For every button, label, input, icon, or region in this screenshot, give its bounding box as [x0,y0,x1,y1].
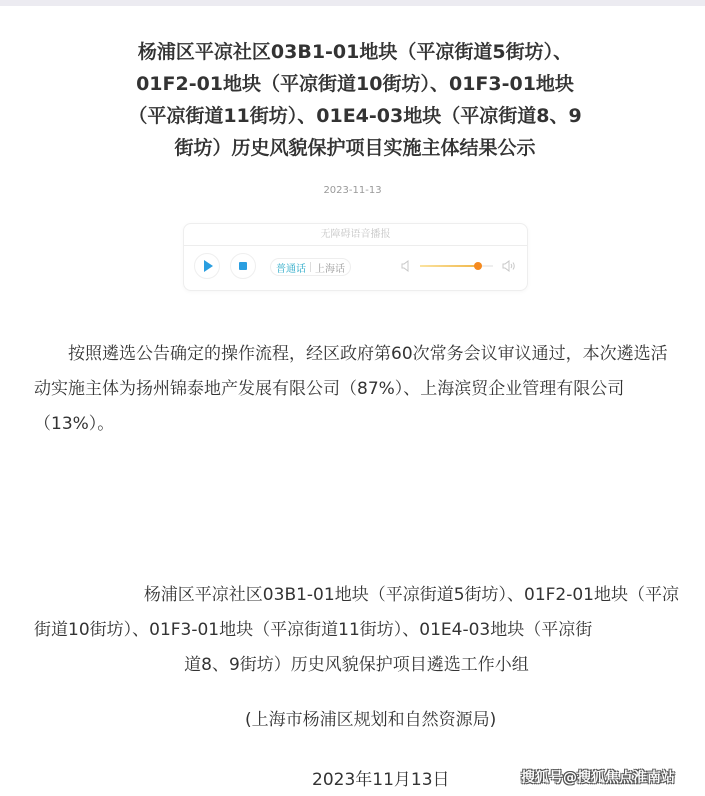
signature-date: 2023年11月13日 [312,765,450,790]
player-header: 无障碍语音播报 [184,224,527,246]
stop-icon [239,262,247,270]
title-line-2: 01F2-01地块（平凉街道10街坊）、01F3-01地块 [90,68,620,100]
signature-line-1: 杨浦区平凉社区03B1-01地块（平凉街道5街坊）、01F2-01地块（平凉 [34,578,679,613]
language-divider [310,262,311,272]
publish-date: 2023-11-13 [0,185,705,196]
player-controls: 普通话 上海话 [184,246,527,290]
play-icon [204,260,213,272]
signature-line-2: 街道10街坊）、01F3-01地块（平凉街道11街坊）、01E4-03地块（平凉… [34,613,679,648]
title-line-3: （平凉街道11街坊）、01E4-03地块（平凉街道8、9 [90,100,620,132]
signature-block: 杨浦区平凉社区03B1-01地块（平凉街道5街坊）、01F2-01地块（平凉 街… [34,578,679,683]
volume-slider-fill [420,265,478,267]
language-option-shanghainese[interactable]: 上海话 [315,260,345,275]
language-option-mandarin[interactable]: 普通话 [276,260,306,275]
top-border-strip [0,0,705,6]
volume-low-icon[interactable] [400,259,412,273]
stop-button[interactable] [230,253,256,279]
play-button[interactable] [194,253,220,279]
audio-player: 无障碍语音播报 普通话 上海话 [183,223,528,291]
body-paragraph: 按照遴选公告确定的操作流程，经区政府第60次常务会议审议通过，本次遴选活动实施主… [34,337,674,442]
language-switch: 普通话 上海话 [270,258,351,276]
title-line-4: 街坊）历史风貌保护项目实施主体结果公示 [90,132,620,164]
volume-high-icon[interactable] [501,259,517,273]
article-title: 杨浦区平凉社区03B1-01地块（平凉街道5街坊）、 01F2-01地块（平凉街… [90,36,620,164]
volume-slider[interactable] [420,265,493,267]
signature-line-3: 道8、9街坊）历史风貌保护项目遴选工作小组 [34,648,679,683]
watermark: 搜狐号@搜狐焦点淮南站 [521,767,675,787]
title-line-1: 杨浦区平凉社区03B1-01地块（平凉街道5街坊）、 [90,36,620,68]
issuer-name: (上海市杨浦区规划和自然资源局) [245,705,496,730]
volume-slider-thumb[interactable] [474,262,482,270]
